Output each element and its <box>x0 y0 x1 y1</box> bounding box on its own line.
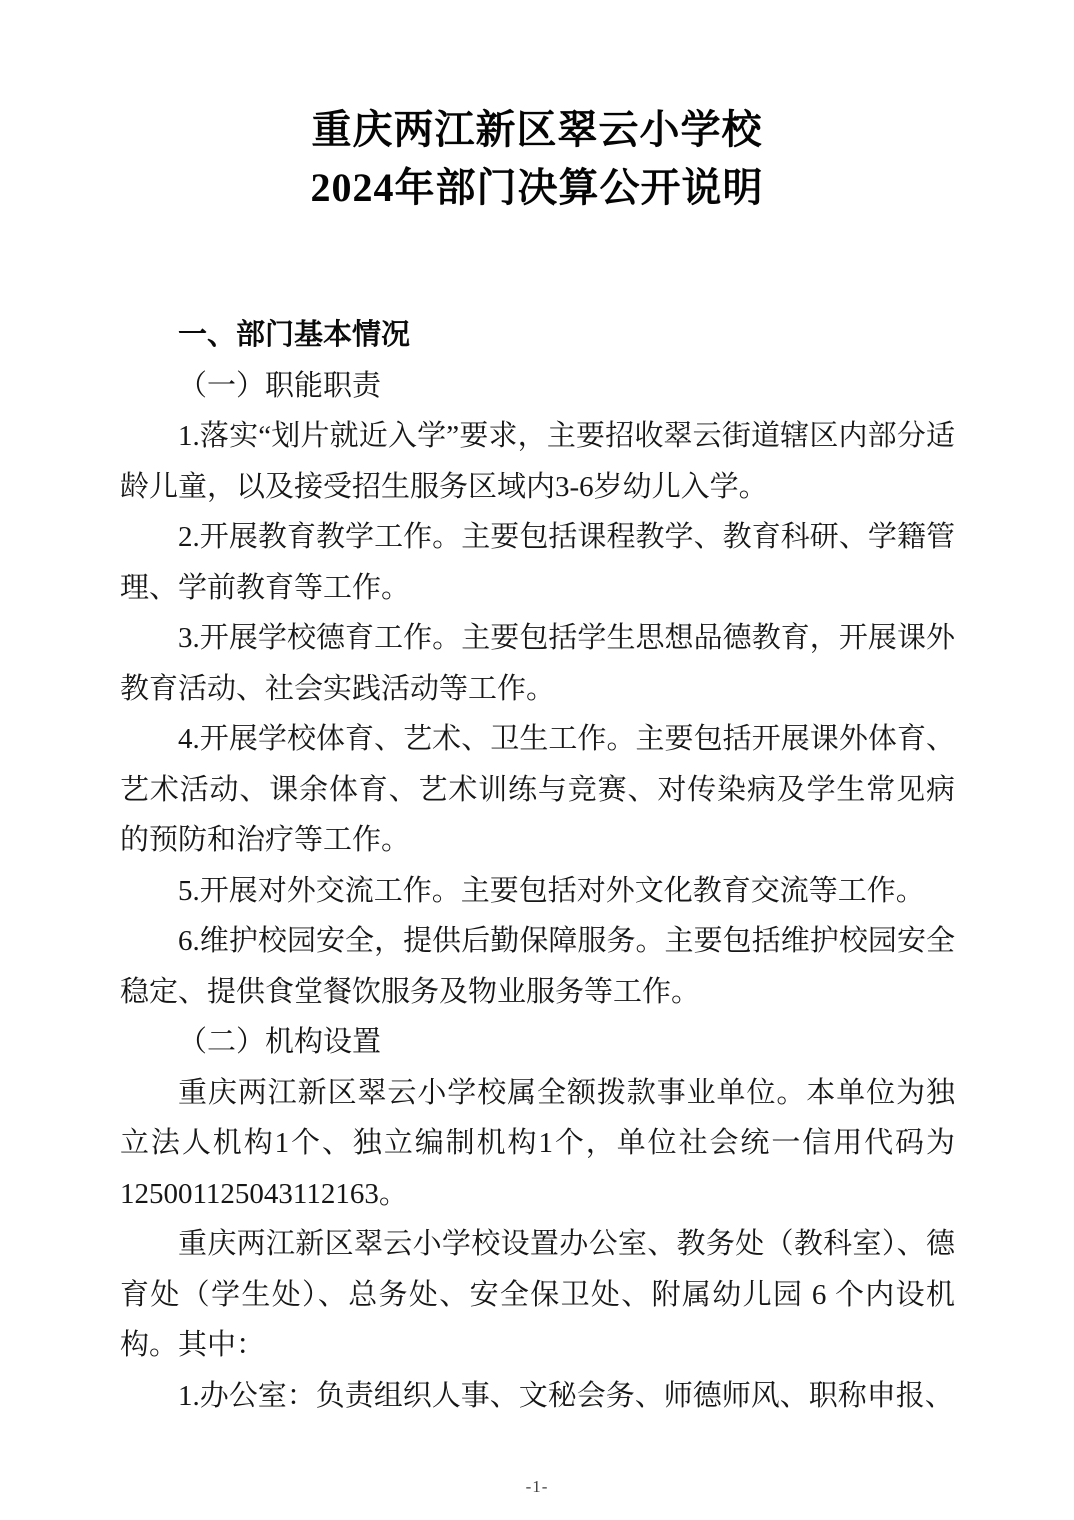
document-body: 一、部门基本情况 （一）职能职责 1.落实“划片就近入学”要求，主要招收翠云街道… <box>120 310 955 1421</box>
document-page: 重庆两江新区翠云小学校 2024年部门决算公开说明 一、部门基本情况 （一）职能… <box>0 0 1074 1520</box>
paragraph: 5.开展对外交流工作。主要包括对外文化教育交流等工作。 <box>120 866 955 917</box>
paragraph: 重庆两江新区翠云小学校设置办公室、教务处（教科室）、德育处（学生处）、总务处、安… <box>120 1219 955 1371</box>
document-title-line1: 重庆两江新区翠云小学校 <box>0 101 1074 159</box>
page-number: -1- <box>0 1477 1074 1497</box>
paragraph: 1.办公室：负责组织人事、文秘会务、师德师风、职称申报、 <box>120 1371 955 1422</box>
paragraph: 2.开展教育教学工作。主要包括课程教学、教育科研、学籍管理、学前教育等工作。 <box>120 512 955 613</box>
paragraph: 1.落实“划片就近入学”要求，主要招收翠云街道辖区内部分适龄儿童，以及接受招生服… <box>120 411 955 512</box>
paragraph: 4.开展学校体育、艺术、卫生工作。主要包括开展课外体育、艺术活动、课余体育、艺术… <box>120 714 955 866</box>
paragraph: 3.开展学校德育工作。主要包括学生思想品德教育，开展课外教育活动、社会实践活动等… <box>120 613 955 714</box>
document-title-line2: 2024年部门决算公开说明 <box>0 159 1074 217</box>
subsection-heading: （一）职能职责 <box>120 361 955 412</box>
document-title: 重庆两江新区翠云小学校 2024年部门决算公开说明 <box>0 0 1074 217</box>
paragraph: 6.维护校园安全，提供后勤保障服务。主要包括维护校园安全稳定、提供食堂餐饮服务及… <box>120 916 955 1017</box>
subsection-heading: （二）机构设置 <box>120 1017 955 1068</box>
paragraph: 重庆两江新区翠云小学校属全额拨款事业单位。本单位为独立法人机构1个、独立编制机构… <box>120 1068 955 1220</box>
section-heading: 一、部门基本情况 <box>120 310 955 361</box>
